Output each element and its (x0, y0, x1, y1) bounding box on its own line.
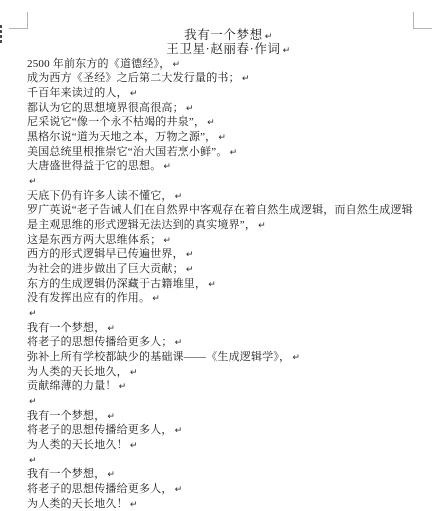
paragraph-mark-icon: ↵ (172, 60, 180, 70)
text-line[interactable]: 2500 年前东方的《道德经》，↵ (27, 57, 430, 72)
paragraph-mark-icon: ↵ (186, 265, 194, 275)
line-text: 为人类的天长地久！ (27, 498, 128, 510)
text-line[interactable]: 我有一个梦想，↵ (27, 321, 430, 336)
line-text: 成为西方《圣经》之后第二大发行量的书； (27, 72, 240, 84)
line-text: 是主观思维的形式逻辑无法达到的真实境界”， (27, 219, 256, 231)
paragraph-mark-icon: ↵ (230, 148, 238, 158)
text-line[interactable]: 为社会的进步做出了巨大贡献；↵ (27, 262, 430, 277)
line-text: 我有一个梦想 (184, 28, 263, 42)
text-line[interactable]: 美国总统里根推崇它“治大国若烹小鲜”。↵ (27, 145, 430, 160)
text-line[interactable]: 都认为它的思想境界很高很高；↵ (27, 101, 430, 116)
text-line[interactable]: 贡献绵薄的力量！↵ (27, 379, 430, 394)
paragraph-mark-icon: ↵ (208, 280, 216, 290)
paragraph-mark-icon: ↵ (130, 368, 138, 378)
edge-dash-icon (0, 40, 2, 43)
text-line[interactable]: 弥补上所有学校都缺少的基础课——《生成逻辑学》，↵ (27, 350, 430, 365)
text-line[interactable]: 大唐盛世得益于它的思想。↵ (27, 159, 430, 174)
paragraph-mark-icon: ↵ (130, 441, 138, 451)
paragraph-mark-icon: ↵ (186, 104, 194, 114)
text-line[interactable]: 为人类的天长地久！↵ (27, 497, 430, 511)
text-line[interactable]: 将老子的思想传播给更多人；↵ (27, 335, 430, 350)
line-text: 都认为它的思想境界很高很高； (27, 102, 184, 114)
paragraph-mark-icon: ↵ (207, 118, 215, 128)
line-text: 贡献绵薄的力量！ (27, 380, 117, 392)
text-line[interactable]: 是主观思维的形式逻辑无法达到的真实境界”，↵ (27, 218, 430, 233)
paragraph-mark-icon: ↵ (29, 309, 37, 319)
paragraph-mark-icon: ↵ (29, 456, 37, 466)
paragraph-mark-icon: ↵ (107, 324, 115, 334)
document-body[interactable]: 我有一个梦想↵王卫星·赵丽春·作词↵2500 年前东方的《道德经》，↵成为西方《… (27, 28, 430, 511)
empty-line[interactable]: ↵ (27, 394, 430, 409)
paragraph-mark-icon: ↵ (186, 250, 194, 260)
line-text: 大唐盛世得益于它的思想。 (27, 160, 161, 172)
document-page: 我有一个梦想↵王卫星·赵丽春·作词↵2500 年前东方的《道德经》，↵成为西方《… (0, 0, 435, 511)
line-text: 这是东西方两大思维体系； (27, 234, 161, 246)
text-boundary-mark-top-left-horizontal (9, 28, 28, 29)
empty-line[interactable]: ↵ (27, 453, 430, 468)
paragraph-mark-icon: ↵ (29, 177, 37, 187)
text-line[interactable]: 尼采说它“像一个永不枯竭的井泉”，↵ (27, 115, 430, 130)
paragraph-mark-icon: ↵ (175, 485, 183, 495)
text-line[interactable]: 没有发挥出应有的作用。↵ (27, 291, 430, 306)
line-text: 黑格尔说“道为天地之本，万物之源”， (27, 131, 216, 143)
text-line[interactable]: 将老子的思想传播给更多人，↵ (27, 482, 430, 497)
text-line[interactable]: 千百年来读过的人，↵ (27, 86, 430, 101)
paragraph-mark-icon: ↵ (130, 500, 138, 510)
text-boundary-mark-top-right-vertical (413, 12, 414, 29)
text-line[interactable]: 王卫星·赵丽春·作词↵ (27, 42, 430, 57)
line-text: 王卫星·赵丽春·作词 (166, 42, 280, 56)
text-line[interactable]: 这是东西方两大思维体系；↵ (27, 233, 430, 248)
paragraph-mark-icon: ↵ (283, 46, 291, 56)
text-line[interactable]: 东方的生成逻辑仍深藏于古籍堆里，↵ (27, 277, 430, 292)
edge-dash-icon (0, 30, 2, 33)
paragraph-mark-icon: ↵ (119, 382, 127, 392)
text-line[interactable]: 为人类的天长地久！↵ (27, 438, 430, 453)
line-text: 2500 年前东方的《道德经》， (27, 58, 170, 70)
text-line[interactable]: 黑格尔说“道为天地之本，万物之源”，↵ (27, 130, 430, 145)
paragraph-mark-icon: ↵ (152, 294, 160, 304)
line-text: 将老子的思想传播给更多人； (27, 336, 173, 348)
paragraph-mark-icon: ↵ (218, 133, 226, 143)
line-text: 为社会的进步做出了巨大贡献； (27, 263, 184, 275)
paragraph-mark-icon: ↵ (107, 412, 115, 422)
text-line[interactable]: 罗广英说“老子告诫人们在自然界中客观存在着自然生成逻辑，而自然生成逻辑 (27, 203, 430, 218)
paragraph-mark-icon: ↵ (175, 426, 183, 436)
line-text: 天底下仍有许多人读不懂它， (27, 190, 173, 202)
paragraph-mark-icon: ↵ (242, 74, 250, 84)
paragraph-mark-icon: ↵ (29, 397, 37, 407)
line-text: 弥补上所有学校都缺少的基础课——《生成逻辑学》， (27, 351, 290, 363)
line-text: 将老子的思想传播给更多人， (27, 483, 173, 495)
text-line[interactable]: 西方的形式逻辑早已传遍世界，↵ (27, 247, 430, 262)
line-text: 没有发挥出应有的作用。 (27, 292, 150, 304)
line-text: 将老子的思想传播给更多人， (27, 424, 173, 436)
line-text: 我有一个梦想， (27, 410, 105, 422)
paragraph-mark-icon: ↵ (175, 338, 183, 348)
line-text: 为人类的天长地久， (27, 366, 128, 378)
line-text: 罗广英说“老子告诫人们在自然界中客观存在着自然生成逻辑，而自然生成逻辑 (27, 204, 413, 216)
text-line[interactable]: 成为西方《圣经》之后第二大发行量的书；↵ (27, 71, 430, 86)
line-text: 为人类的天长地久！ (27, 439, 128, 451)
line-text: 美国总统里根推崇它“治大国若烹小鲜”。 (27, 146, 228, 158)
line-text: 尼采说它“像一个永不枯竭的井泉”， (27, 116, 205, 128)
line-text: 东方的生成逻辑仍深藏于古籍堆里， (27, 278, 206, 290)
text-line[interactable]: 天底下仍有许多人读不懂它，↵ (27, 189, 430, 204)
line-text: 我有一个梦想， (27, 468, 105, 480)
empty-line[interactable]: ↵ (27, 306, 430, 321)
text-line[interactable]: 我有一个梦想↵ (27, 28, 430, 43)
text-boundary-mark-top-left-vertical (27, 12, 28, 29)
line-text: 我有一个梦想， (27, 322, 105, 334)
edge-dash-icon (0, 25, 2, 28)
paragraph-mark-icon: ↵ (163, 162, 171, 172)
line-text: 西方的形式逻辑早已传遍世界， (27, 248, 184, 260)
paragraph-mark-icon: ↵ (292, 353, 300, 363)
text-line[interactable]: 我有一个梦想，↵ (27, 467, 430, 482)
paragraph-mark-icon: ↵ (130, 89, 138, 99)
paragraph-mark-icon: ↵ (107, 470, 115, 480)
empty-line[interactable]: ↵ (27, 174, 430, 189)
text-line[interactable]: 将老子的思想传播给更多人，↵ (27, 423, 430, 438)
text-line[interactable]: 为人类的天长地久，↵ (27, 365, 430, 380)
paragraph-mark-icon: ↵ (258, 221, 266, 231)
edge-dash-icon (0, 35, 2, 38)
text-line[interactable]: 我有一个梦想，↵ (27, 409, 430, 424)
paragraph-mark-icon: ↵ (163, 236, 171, 246)
line-text: 千百年来读过的人， (27, 87, 128, 99)
paragraph-mark-icon: ↵ (175, 192, 183, 202)
paragraph-mark-icon: ↵ (265, 32, 273, 42)
